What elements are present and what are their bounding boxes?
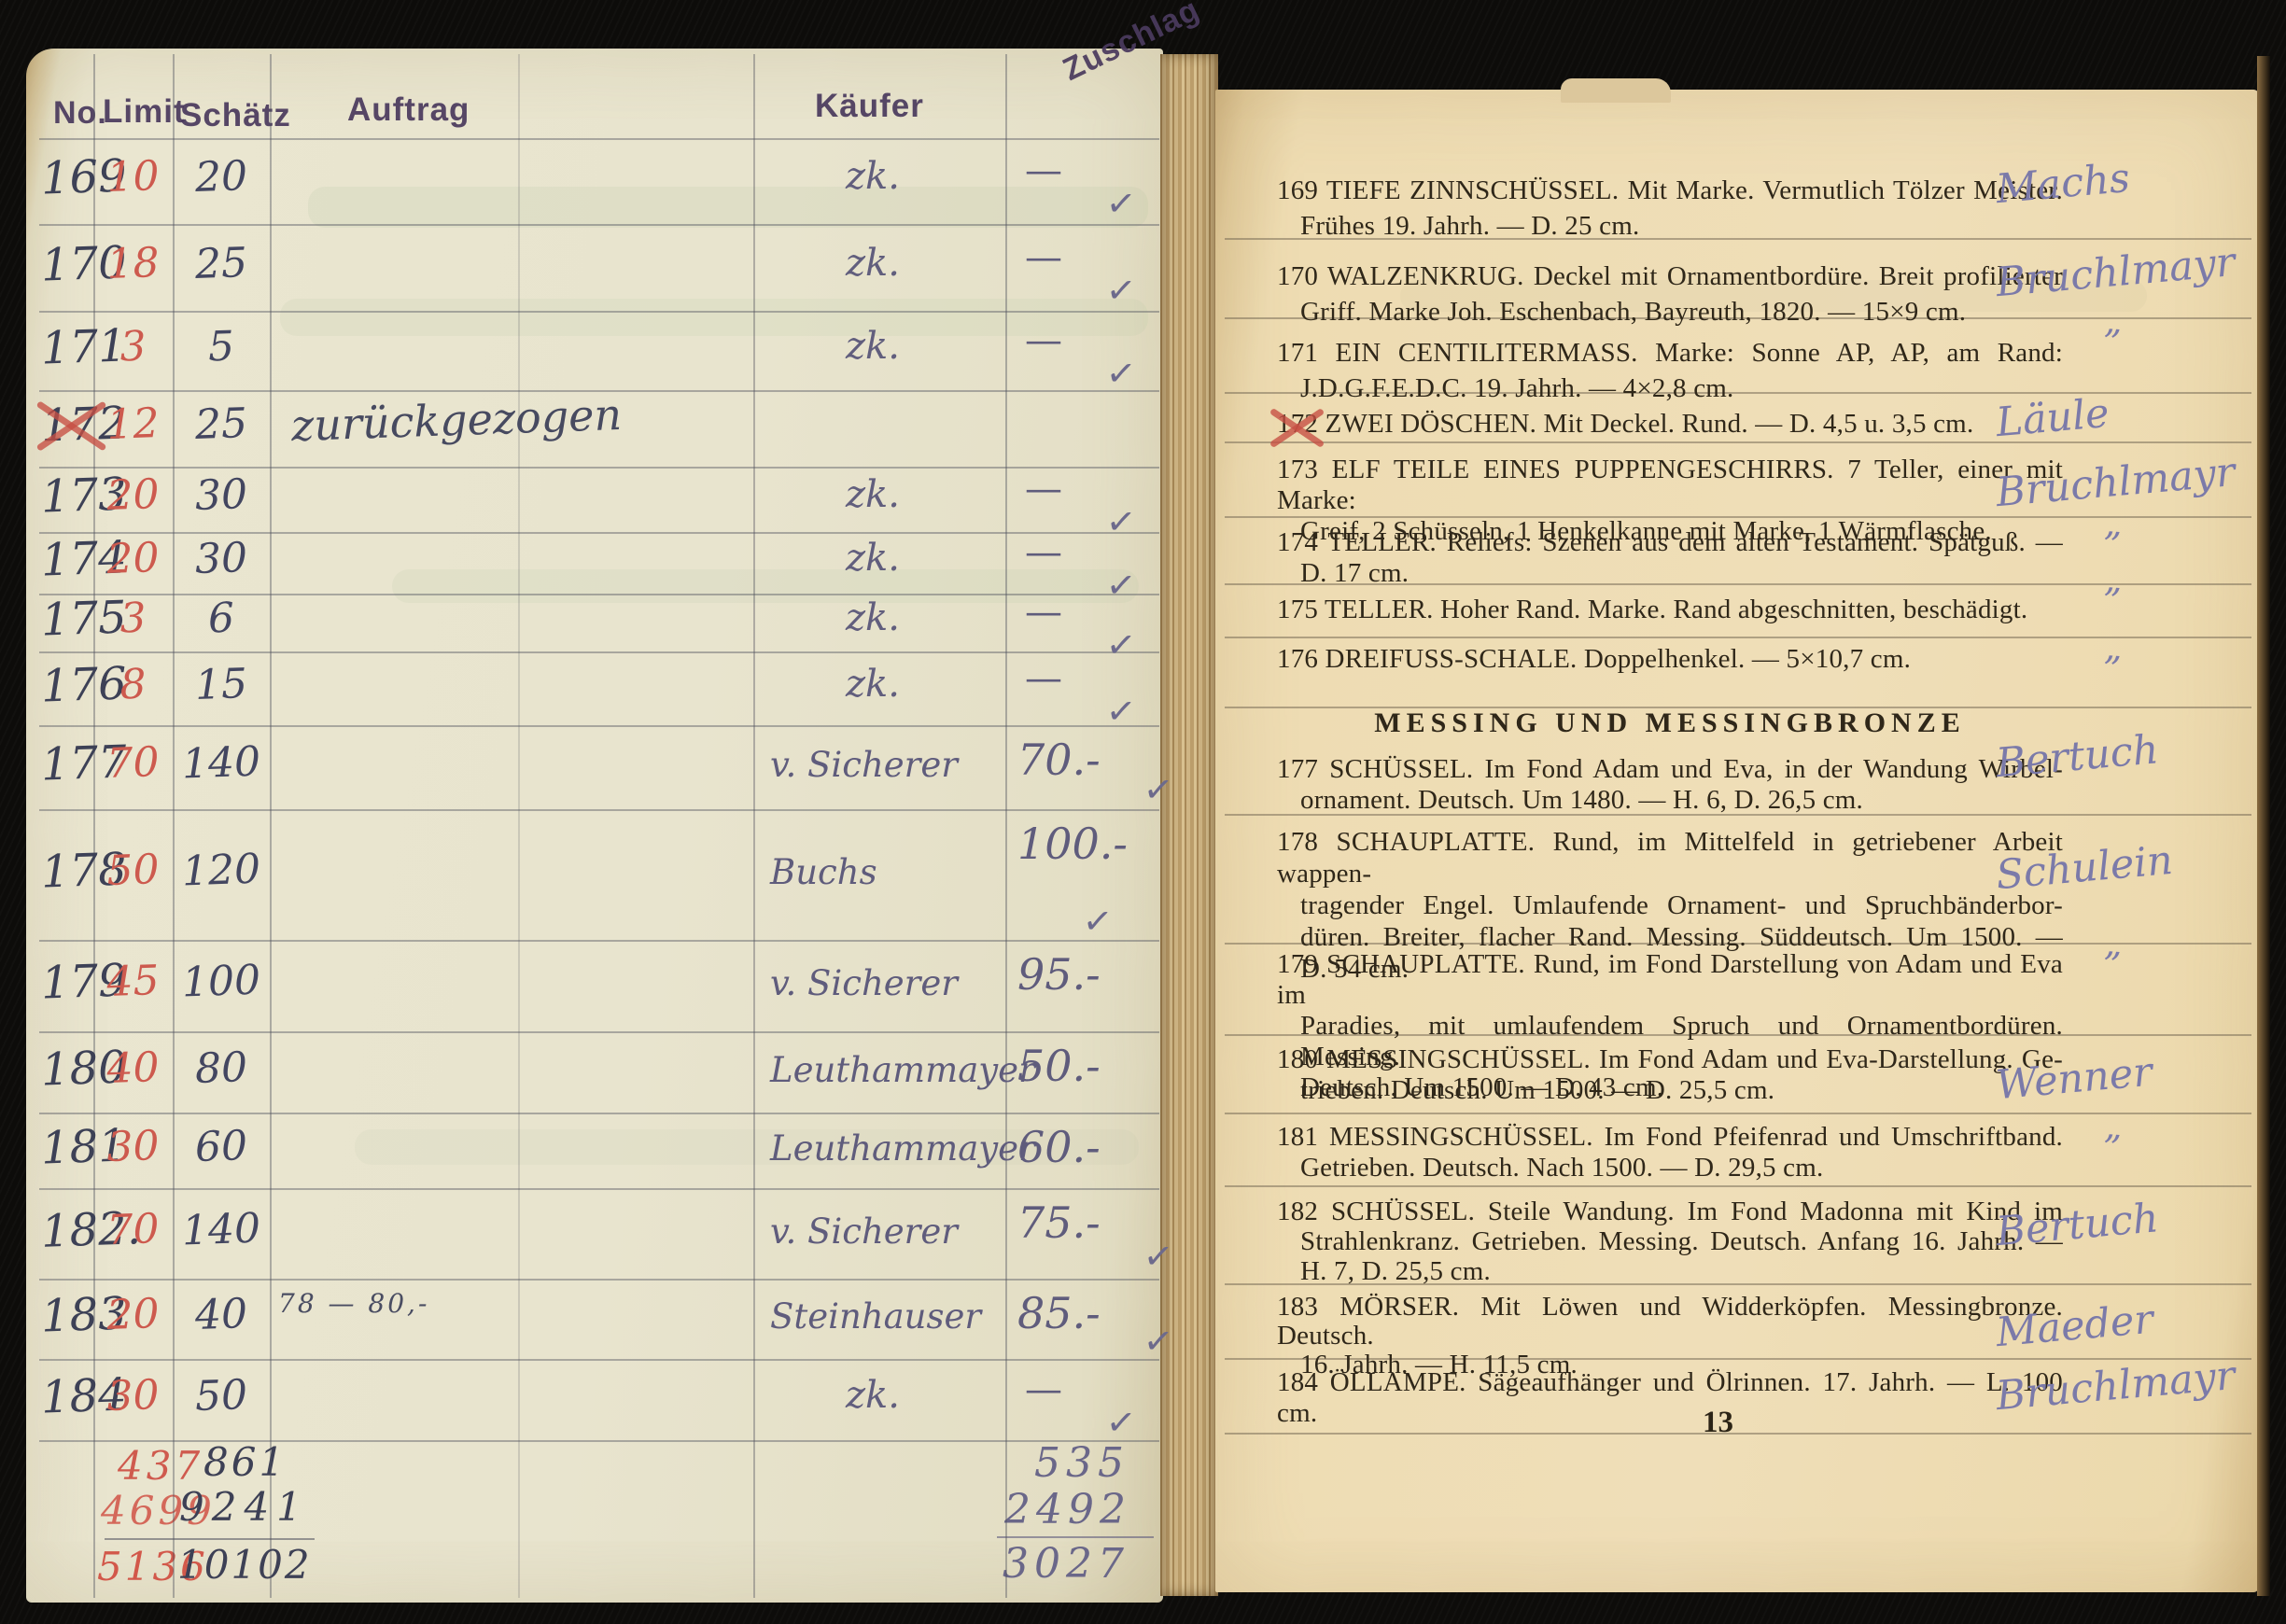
zuschlag-dash-mark: — [1025,236,1062,279]
catalog-entry: 181 MESSINGSCHÜSSEL. Im Fond Pfeifenrad … [1277,1122,2063,1183]
cell-schaetz: 20 [172,151,271,203]
cell-schaetz: 25 [172,399,271,450]
cell-auftrag: 78 — 80,- [278,1288,429,1319]
catalog-entry: 172 ZWEI DÖSCHEN. Mit Deckel. Rund. — D.… [1277,406,2063,441]
ledger-row: 17850120Buchs100.-✓ [28,809,1162,940]
cell-schaetz: 140 [172,737,271,789]
zuschlag-dash-mark: — [1025,1368,1062,1411]
cell-limit: 20 [92,1290,174,1340]
entry-first-line: 172 ZWEI DÖSCHEN. Mit Deckel. Rund. — D.… [1277,406,2063,441]
catalog-entry: 171 EIN CENTILITERMASS. Marke: Sonne AP,… [1277,335,2063,406]
cell-kaeufer: v. Sicherer [770,1211,958,1252]
cell-limit: 45 [92,957,174,1007]
ledger-row: 1804080Leuthammayer50.- [28,1031,1162,1113]
entry-line: Griff. Marke Joh. Eschenbach, Bayreuth, … [1300,294,2063,329]
cell-kaeufer: zk. [812,473,933,516]
cell-limit: 40 [92,1043,174,1093]
ledger-row: 17135zk.—✓ [28,311,1162,390]
torn-page-edge [1561,78,1671,103]
cell-schaetz: 5 [172,321,271,372]
zuschlag-dash-mark: — [1025,468,1062,511]
entry-first-line: 179 SCHAUPLATTE. Rund, im Fond Darstellu… [1277,949,2063,1011]
cell-zuschlag: 70.- [1017,735,1101,785]
cell-kaeufer: v. Sicherer [770,745,958,785]
zuschlag-dash-mark: — [1025,531,1062,574]
cell-auftrag: zurückgezogen [290,389,623,451]
cell-limit: 70 [92,738,174,789]
cell-schaetz: 30 [172,533,271,584]
cell-limit: 8 [92,659,174,709]
cell-limit: 20 [92,470,174,521]
column-header-kaeufer: Käufer [815,88,924,125]
column-header-schaetz: Schätz [180,97,291,134]
cell-limit: 20 [92,534,174,584]
zuschlag-dash-mark: — [1025,657,1062,700]
cell-limit: 30 [92,1121,174,1171]
catalog-separator [1225,1185,2251,1187]
catalog-entry: 184 ÖLLAMPE. Sägeaufhänger und Ölrinnen.… [1277,1367,2063,1429]
cell-limit: 30 [92,1370,174,1421]
cell-zuschlag: 85.- [1017,1288,1101,1338]
cell-schaetz: 15 [172,659,271,710]
section-heading: MESSING UND MESSINGBRONZE [1277,707,2063,739]
totals-rule [997,1536,1154,1538]
cell-limit: 18 [92,238,174,288]
catalog-separator [1225,707,2251,708]
cell-schaetz: 60 [172,1121,271,1172]
total-zuschlag-grand: 3027 [1003,1540,1129,1588]
catalog-entry: 170 WALZENKRUG. Deckel mit Ornamentbordü… [1277,259,2063,329]
entry-first-line: 174 TELLER. Reliefs: Szenen aus dem alte… [1277,527,2063,558]
total-limit-sub: 437 [118,1443,203,1489]
entry-line: Frühes 19. Jahrh. — D. 25 cm. [1300,208,2063,244]
cell-kaeufer: zk. [812,537,933,580]
totals-rule [105,1538,315,1540]
cell-limit: 10 [92,152,174,203]
ledger-row: 183204078 — 80,-Steinhauser85.-✓ [28,1279,1162,1359]
ledger-row: 1721225zurückgezogen [28,390,1162,467]
catalog-entry: 177 SCHÜSSEL. Im Fond Adam und Eva, in d… [1277,754,2063,816]
ledger-row: 176815zk.—✓ [28,651,1162,725]
ledger-row: 1701825zk.—✓ [28,224,1162,311]
cell-kaeufer: zk. [812,663,933,706]
cell-zuschlag: 100.- [1017,819,1128,869]
catalog-separator [1225,441,2251,443]
entry-first-line: 180 MESSINGSCHÜSSEL. Im Fond Adam und Ev… [1277,1044,2063,1075]
entry-line: H. 7, D. 25,5 cm. [1300,1256,2063,1286]
cell-kaeufer: zk. [812,155,933,198]
zuschlag-check-mark: ✓ [1104,268,1138,312]
cell-schaetz: 50 [172,1370,271,1421]
entry-line: Getrieben. Deutsch. Nach 1500. — D. 29,5… [1300,1153,2063,1183]
cell-kaeufer: Buchs [770,852,877,892]
cell-schaetz: 100 [172,956,271,1007]
entry-line: trieben. Deutsch. Um 1500. — D. 25,5 cm. [1300,1075,2063,1106]
entry-first-line: 182 SCHÜSSEL. Steile Wandung. Im Fond Ma… [1277,1197,2063,1226]
cell-limit: 50 [92,846,174,896]
cell-zuschlag: 95.- [1017,949,1101,1000]
zuschlag-dash-mark: — [1025,149,1062,192]
catalog-entry: 174 TELLER. Reliefs: Szenen aus dem alte… [1277,527,2063,589]
catalog-separator [1225,1433,2251,1435]
entry-first-line: 176 DREIFUSS-SCHALE. Doppelhenkel. — 5×1… [1277,644,2063,675]
entry-line: Strahlenkranz. Getrieben. Messing. Deuts… [1300,1226,2063,1256]
entry-first-line: 169 TIEFE ZINNSCHÜSSEL. Mit Marke. Vermu… [1277,173,2063,208]
zuschlag-check-mark: ✓ [1142,1319,1175,1363]
cell-kaeufer: Steinhauser [770,1296,981,1337]
total-zuschlag-sub: 535 [1034,1439,1129,1487]
cell-kaeufer: v. Sicherer [770,963,958,1003]
cell-zuschlag: 75.- [1017,1197,1101,1248]
cell-schaetz: 120 [172,845,271,896]
book-spine-page-edges [1160,54,1218,1596]
cell-schaetz: 30 [172,469,271,521]
ledger-row: 182.70140v. Sicherer75.-✓ [28,1188,1162,1279]
total-zuschlag-add: 2492 [1004,1486,1131,1533]
entry-line: D. 17 cm. [1300,558,2063,589]
zuschlag-check-mark: ✓ [1142,767,1175,811]
cell-zuschlag: 60.- [1017,1122,1101,1172]
cell-schaetz: 80 [172,1043,271,1094]
catalog-entry: 175 TELLER. Hoher Rand. Marke. Rand abge… [1277,595,2063,625]
cell-kaeufer: zk. [812,325,933,368]
catalog-crossed-mark [1269,402,1325,447]
total-schaetz-grand: 10102 [177,1542,312,1588]
book-spread: No. Limit Schätz Auftrag Käufer Zuschlag… [0,0,2286,1624]
zuschlag-dash-mark: — [1025,319,1062,362]
cell-schaetz: 140 [172,1204,271,1255]
zuschlag-check-mark: ✓ [1104,1400,1138,1444]
ledger-row: 1813060Leuthammayer60.- [28,1113,1162,1188]
cell-schaetz: 40 [172,1289,271,1340]
entry-first-line: 178 SCHAUPLATTE. Rund, im Mittelfeld in … [1277,826,2063,889]
entry-first-line: 183 MÖRSER. Mit Löwen und Widderköpfen. … [1277,1293,2063,1351]
ledger-row: 1742030zk.—✓ [28,532,1162,594]
entry-first-line: 175 TELLER. Hoher Rand. Marke. Rand abge… [1277,595,2063,625]
ledger-row: 17536zk.—✓ [28,594,1162,651]
catalog-separator [1225,1113,2251,1114]
ledger-hline [39,1440,1159,1442]
entry-line: düren. Breiter, flacher Rand. Messing. S… [1300,921,2063,953]
entry-first-line: 170 WALZENKRUG. Deckel mit Ornamentbordü… [1277,259,2063,294]
cell-schaetz: 6 [172,593,271,644]
entry-first-line: 181 MESSINGSCHÜSSEL. Im Fond Pfeifenrad … [1277,1122,2063,1153]
zuschlag-check-mark: ✓ [1104,351,1138,395]
catalog-separator [1225,637,2251,638]
zuschlag-dash-mark: — [1025,591,1062,634]
entry-first-line: 184 ÖLLAMPE. Sägeaufhänger und Ölrinnen.… [1277,1367,2063,1429]
catalog-entry: 182 SCHÜSSEL. Steile Wandung. Im Fond Ma… [1277,1197,2063,1286]
catalog-entry: 169 TIEFE ZINNSCHÜSSEL. Mit Marke. Vermu… [1277,173,2063,244]
ledger-row: 1691020zk.—✓ [28,138,1162,224]
entry-first-line: 171 EIN CENTILITERMASS. Marke: Sonne AP,… [1277,335,2063,371]
cell-limit: 3 [92,321,174,371]
entry-line: J.D.G.F.E.D.C. 19. Jahrh. — 4×2,8 cm. [1300,371,2063,406]
entry-line: ornament. Deutsch. Um 1480. — H. 6, D. 2… [1300,785,2063,816]
ledger-row: 17945100v. Sicherer95.- [28,940,1162,1031]
catalog-entry: 176 DREIFUSS-SCHALE. Doppelhenkel. — 5×1… [1277,644,2063,675]
cell-limit: 70 [92,1204,174,1254]
cell-zuschlag: 50.- [1017,1041,1101,1091]
entry-first-line: 177 SCHÜSSEL. Im Fond Adam und Eva, in d… [1277,754,2063,785]
total-schaetz-add: 9241 [179,1484,309,1530]
ledger-row: 1843050zk.—✓ [28,1359,1162,1440]
ledger-row: 1732030zk.—✓ [28,467,1162,532]
column-header-no: No. [53,95,107,132]
cell-kaeufer: zk. [812,1374,933,1417]
total-schaetz-sub: 861 [203,1439,287,1485]
cell-kaeufer: zk. [812,596,933,639]
catalog-entry: 180 MESSINGSCHÜSSEL. Im Fond Adam und Ev… [1277,1044,2063,1106]
crossed-out-mark [35,390,108,455]
cell-kaeufer: Leuthammayer [770,1128,1035,1169]
column-header-auftrag: Auftrag [347,91,470,129]
ledger-row: 17770140v. Sicherer70.-✓ [28,725,1162,809]
cell-schaetz: 25 [172,238,271,289]
zuschlag-check-mark: ✓ [1142,1234,1175,1278]
entry-line: tragender Engel. Umlaufende Ornament- un… [1300,889,2063,921]
zuschlag-check-mark: ✓ [1081,899,1115,943]
cell-kaeufer: Leuthammayer [770,1050,1035,1090]
cell-limit: 3 [92,594,174,644]
zuschlag-check-mark: ✓ [1104,181,1138,225]
entry-first-line: 173 ELF TEILE EINES PUPPENGESCHIRRS. 7 T… [1277,455,2063,516]
cell-kaeufer: zk. [812,242,933,285]
